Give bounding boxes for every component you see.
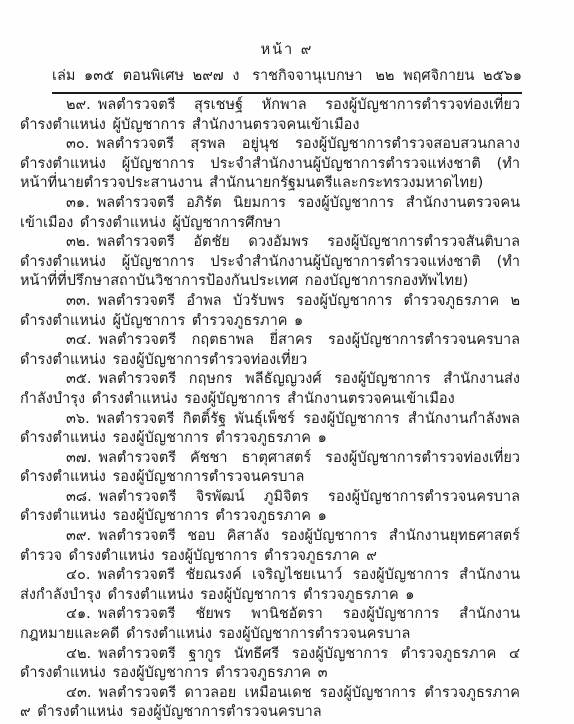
entry-number: ๔๒.	[66, 646, 91, 662]
gazette-entry: ๓๖.พลตำรวจตรี กิตติ์รัฐ พันธุ์เพ็ชร์ รอง…	[20, 410, 520, 449]
entry-number: ๓๗.	[66, 450, 91, 466]
entry-text: พลตำรวจตรี ฐากูร นัทธีศรี รองผู้บัญชาการ…	[20, 646, 520, 682]
entry-text: พลตำรวจตรี ชัยณรงค์ เจริญไชยเนาว์ รองผู้…	[20, 567, 520, 603]
gazette-entry: ๓๓.พลตำรวจตรี อำพล บัวรับพร รองผู้บัญชาก…	[20, 292, 520, 331]
gazette-title: ราชกิจจานุเบกษา	[252, 64, 362, 87]
entry-number: ๓๔.	[66, 332, 92, 348]
entry-number: ๓๖.	[66, 411, 90, 427]
entry-number: ๔๐.	[66, 567, 90, 583]
publication-date: ๒๒ พฤศจิกายน ๒๕๖๑	[375, 64, 522, 87]
entry-text: พลตำรวจตรี กฤษกร พลีธัญญวงศ์ รองผู้บัญชา…	[20, 371, 520, 407]
entry-number: ๓๑.	[66, 195, 90, 211]
entry-text: พลตำรวจตรี ชัยพร พานิชอัตรา รองผู้บัญชาก…	[20, 606, 520, 642]
entry-text: พลตำรวจตรี ชอบ คิสาลัง รองผู้บัญชาการ สำ…	[20, 528, 520, 564]
entry-text: พลตำรวจตรี อำพล บัวรับพร รองผู้บัญชาการ …	[20, 293, 520, 329]
entry-text: พลตำรวจตรี อัตชัย ดวงอัมพร รองผู้บัญชากา…	[20, 234, 520, 289]
entry-number: ๓๓.	[66, 293, 90, 309]
entry-number: ๔๑.	[66, 606, 91, 622]
gazette-entry: ๓๔.พลตำรวจตรี กฤตธาพล ยี่สาคร รองผู้บัญช…	[20, 331, 520, 370]
gazette-entry: ๓๐.พลตำรวจตรี สุรพล อยู่นุช รองผู้บัญชาก…	[20, 135, 520, 194]
gazette-entry: ๓๕.พลตำรวจตรี กฤษกร พลีธัญญวงศ์ รองผู้บั…	[20, 370, 520, 409]
entry-text: พลตำรวจตรี ดาวลอย เหมือนเดช รองผู้บัญชาก…	[20, 685, 520, 721]
entry-number: ๒๙.	[66, 97, 91, 113]
header-meta-row: เล่ม ๑๓๕ ตอนพิเศษ ๒๙๗ ง ราชกิจจานุเบกษา …	[52, 64, 522, 92]
gazette-entry: ๔๐.พลตำรวจตรี ชัยณรงค์ เจริญไชยเนาว์ รอง…	[20, 566, 520, 605]
entry-number: ๓๐.	[66, 136, 89, 152]
entry-text: พลตำรวจตรี สุรเชษฐ์ หักพาล รองผู้บัญชากา…	[20, 97, 520, 133]
volume-info: เล่ม ๑๓๕ ตอนพิเศษ ๒๙๗ ง	[52, 64, 239, 87]
gazette-entry: ๓๙.พลตำรวจตรี ชอบ คิสาลัง รองผู้บัญชาการ…	[20, 527, 520, 566]
page-number: หน้า ๙	[52, 38, 522, 61]
entry-text: พลตำรวจตรี คัชชา ธาตุศาสตร์ รองผู้บัญชาก…	[20, 450, 520, 486]
entry-text: พลตำรวจตรี กิตติ์รัฐ พันธุ์เพ็ชร์ รองผู้…	[20, 411, 520, 447]
entry-text: พลตำรวจตรี สุรพล อยู่นุช รองผู้บัญชาการต…	[20, 136, 520, 191]
gazette-body: ๒๙.พลตำรวจตรี สุรเชษฐ์ หักพาล รองผู้บัญช…	[20, 96, 520, 723]
gazette-entry: ๔๑.พลตำรวจตรี ชัยพร พานิชอัตรา รองผู้บัญ…	[20, 605, 520, 644]
gazette-entry: ๔๒.พลตำรวจตรี ฐากูร นัทธีศรี รองผู้บัญชา…	[20, 645, 520, 684]
entry-text: พลตำรวจตรี อภิรัต นิยมการ รองผู้บัญชาการ…	[20, 195, 520, 231]
gazette-entry: ๓๗.พลตำรวจตรี คัชชา ธาตุศาสตร์ รองผู้บัญ…	[20, 449, 520, 488]
entry-number: ๓๒.	[66, 234, 90, 250]
entry-number: ๔๓.	[66, 685, 92, 701]
gazette-entry: ๔๓.พลตำรวจตรี ดาวลอย เหมือนเดช รองผู้บัญ…	[20, 684, 520, 723]
entry-text: พลตำรวจตรี กฤตธาพล ยี่สาคร รองผู้บัญชากา…	[20, 332, 520, 368]
gazette-entry: ๒๙.พลตำรวจตรี สุรเชษฐ์ หักพาล รองผู้บัญช…	[20, 96, 520, 135]
gazette-page: หน้า ๙ เล่ม ๑๓๕ ตอนพิเศษ ๒๙๗ ง ราชกิจจาน…	[0, 0, 574, 724]
header-rule	[52, 92, 522, 94]
gazette-entry: ๓๑.พลตำรวจตรี อภิรัต นิยมการ รองผู้บัญชา…	[20, 194, 520, 233]
gazette-header: หน้า ๙ เล่ม ๑๓๕ ตอนพิเศษ ๒๙๗ ง ราชกิจจาน…	[52, 38, 522, 94]
gazette-entry: ๓๘.พลตำรวจตรี จิรพัฒน์ ภูมิจิตร รองผู้บั…	[20, 488, 520, 527]
entry-text: พลตำรวจตรี จิรพัฒน์ ภูมิจิตร รองผู้บัญชา…	[20, 489, 520, 525]
entry-number: ๓๙.	[66, 528, 91, 544]
gazette-entry: ๓๒.พลตำรวจตรี อัตชัย ดวงอัมพร รองผู้บัญช…	[20, 233, 520, 292]
entry-number: ๓๕.	[66, 371, 92, 387]
entry-number: ๓๘.	[66, 489, 92, 505]
